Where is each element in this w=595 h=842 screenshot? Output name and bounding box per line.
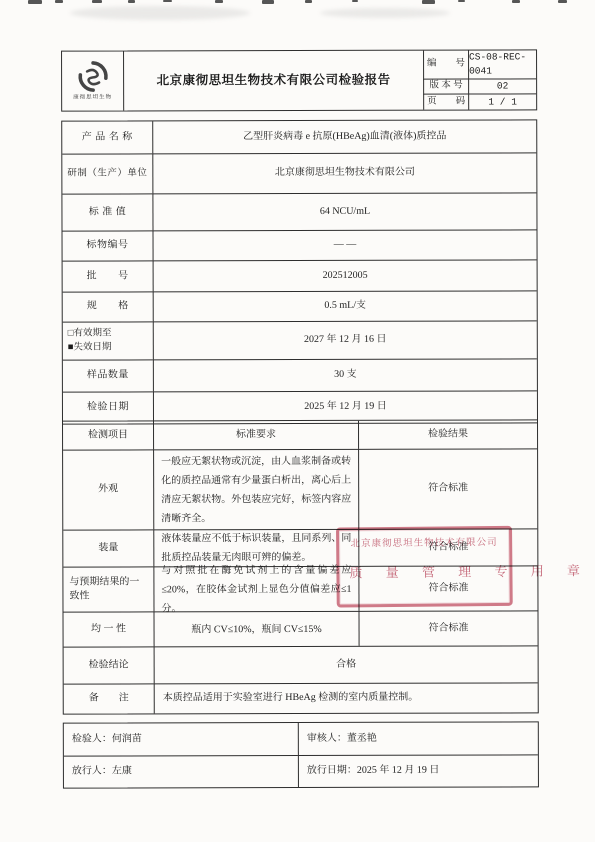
report-header-table: 康彻思坦生物 北京康彻思坦生物技术有限公司检验报告 编 号 CS-08-REC-… <box>61 49 537 111</box>
uniformity-requirement: 瓶内 CV≤10%，瓶间 CV≤15% <box>153 611 358 647</box>
appearance-item: 外观 <box>63 449 153 529</box>
page-number-value: 1 / 1 <box>468 94 536 110</box>
inspector-label: 检验人： <box>72 732 112 747</box>
consistency-requirement: 与对照批在酶免试剂上的含量偏差应≤20%，在胶体金试剂上显色分值偏差应≤1分。 <box>153 566 358 612</box>
specification-label: 规 格 <box>63 291 153 321</box>
uniformity-result: 符合标准 <box>358 610 537 645</box>
page-number-label: 页 码 <box>423 94 468 110</box>
company-logo: 康彻思坦生物 <box>62 51 123 110</box>
sample-quantity-value: 30 支 <box>153 358 537 391</box>
logo-caption: 康彻思坦生物 <box>73 94 112 102</box>
product-name-label: 产 品 名 称 <box>62 121 152 153</box>
reference-number-label: 标物编号 <box>63 230 153 260</box>
inspector-cell: 检验人： 何润苗 <box>64 723 298 756</box>
inspector-name: 何润苗 <box>112 732 142 747</box>
stamp-company-name: 北京康彻思坦生物技术有限公司 <box>339 534 509 550</box>
stamp-seal-text: 质 量 管 理 专 用 章 <box>339 561 509 582</box>
batch-number-label: 批 号 <box>63 260 153 291</box>
specification-value: 0.5 mL/支 <box>153 290 537 321</box>
releaser-label: 放行人： <box>72 765 112 780</box>
reviewer-label: 审核人： <box>307 732 347 747</box>
releaser-cell: 放行人： 左康 <box>64 755 298 788</box>
releaser-name: 左康 <box>112 765 132 780</box>
release-date-value: 2025 年 12 月 19 日 <box>357 764 440 779</box>
signatures-table: 检验人： 何润苗 审核人： 董丞艳 放行人： 左康 放行日期： 2025 年 1… <box>63 721 539 788</box>
doc-number-label: 编 号 <box>423 51 468 79</box>
release-date-cell: 放行日期： 2025 年 12 月 19 日 <box>298 754 538 787</box>
manufacturer-value: 北京康彻思坦生物技术有限公司 <box>152 152 536 193</box>
version-label: 版 本 号 <box>423 78 468 94</box>
conclusion-label: 检验结论 <box>64 646 154 683</box>
appearance-requirement: 一般应无絮状物或沉淀，由人血浆制备或转化的质控品通常有少量蛋白析出，离心后上清应… <box>153 449 358 530</box>
doc-number-value: CS-08-REC-0041 <box>468 50 536 78</box>
inspection-date-label: 检验日期 <box>63 391 153 423</box>
manufacturer-label: 研制（生产）单位 <box>62 153 152 193</box>
expiry-date-value: 2027 年 12 月 16 日 <box>153 320 537 359</box>
standard-value-label: 标 准 值 <box>62 193 152 230</box>
test-item-header: 检测项目 <box>63 421 153 449</box>
version-value: 02 <box>468 78 536 94</box>
sample-quantity-label: 样品数量 <box>63 359 153 391</box>
report-title: 北京康彻思坦生物技术有限公司检验报告 <box>123 51 423 111</box>
uniformity-item: 均 一 性 <box>63 611 153 646</box>
appearance-result: 符合标准 <box>358 448 537 528</box>
remark-value: 本质控品适用于实验室进行 HBeAg 检测的室内质量控制。 <box>154 682 538 713</box>
reviewer-name: 董丞艳 <box>347 732 377 747</box>
batch-number-value: 202512005 <box>153 259 537 291</box>
reference-number-value: — — <box>153 229 537 260</box>
result-header: 检验结果 <box>358 420 537 448</box>
scanned-report-page: 康彻思坦生物 北京康彻思坦生物技术有限公司检验报告 编 号 CS-08-REC-… <box>0 0 595 842</box>
release-date-label: 放行日期： <box>307 764 357 779</box>
product-name-value: 乙型肝炎病毒 e 抗原(HBeAg)血清(液体)质控品 <box>152 120 536 153</box>
product-info-table: 产 品 名 称 乙型肝炎病毒 e 抗原(HBeAg)血清(液体)质控品 研制（生… <box>61 119 538 424</box>
quality-management-stamp: 北京康彻思坦生物技术有限公司 质 量 管 理 专 用 章 <box>336 526 513 608</box>
requirement-header: 标准要求 <box>153 421 358 450</box>
remark-label: 备 注 <box>64 683 154 713</box>
consistency-item: 与预期结果的一致性 <box>63 566 153 611</box>
swirl-logo-icon <box>76 60 110 94</box>
standard-value-value: 64 NCU/mL <box>152 192 536 230</box>
reviewer-cell: 审核人： 董丞艳 <box>298 722 538 755</box>
inspection-date-value: 2025 年 12 月 19 日 <box>153 390 537 423</box>
conclusion-value: 合格 <box>154 645 538 683</box>
expiry-checkbox-label: □有效期至 ■失效日期 <box>63 321 153 359</box>
fill-volume-item: 装量 <box>63 529 153 566</box>
